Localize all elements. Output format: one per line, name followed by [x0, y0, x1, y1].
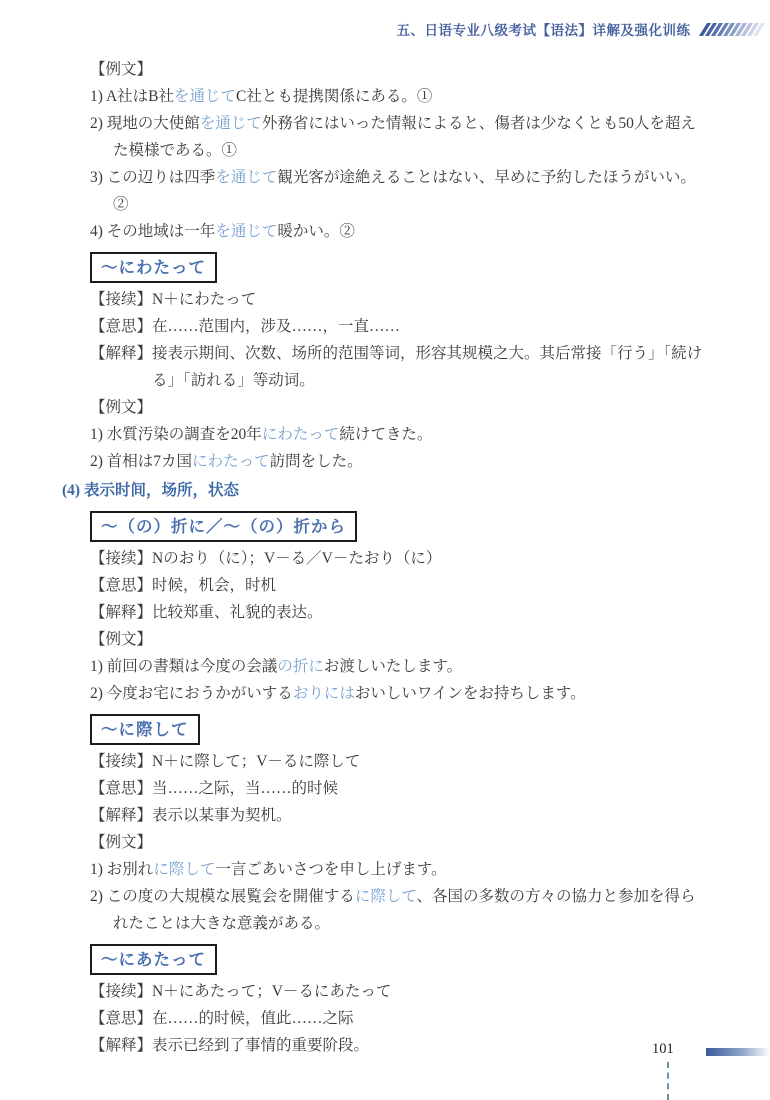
example-sentence: 1) A社はB社を通じてC社とも提携関係にある。①: [90, 83, 706, 110]
text-segment: 現地の大使館: [107, 115, 200, 132]
text-segment: おいしいワインをお持ちします。: [355, 685, 586, 702]
block-label: 【例文】: [90, 626, 706, 653]
grammar-entry: 【接续】Nのおり（に）；V－る／V－たおり（に）: [90, 545, 706, 572]
example-sentence: 4) その地域は一年を通じて暖かい。②: [90, 218, 706, 245]
grammar-highlight: を通じて: [215, 223, 277, 240]
header-stripes-decoration: [698, 23, 764, 36]
text-segment: 暖かい。②: [277, 223, 355, 240]
example-sentence: 2) 現地の大使館を通じて外務省にはいった情報によると、傷者は少なくとも50人を…: [90, 110, 706, 164]
entry-tag: 【意思】: [90, 1010, 152, 1027]
text-segment: 时候，机会，时机: [152, 577, 276, 594]
example-sentence: 2) この度の大規模な展覧会を開催するに際して、各国の多数の方々の協力と参加を得…: [90, 883, 706, 937]
text-segment: 表示以某事为契机。: [152, 807, 292, 824]
grammar-highlight: の折に: [277, 658, 324, 675]
text-segment: お渡しいたします。: [324, 658, 462, 675]
grammar-entry: 【意思】在……的时候，值此……之际: [90, 1005, 706, 1032]
page-number: 101: [652, 1041, 674, 1058]
block-label: 【例文】: [90, 829, 706, 856]
text-segment: 比较郑重、礼貌的表达。: [152, 604, 323, 621]
text-segment: Nのおり（に）；V－る／V－たおり（に）: [152, 550, 441, 567]
example-marker: 1): [90, 88, 106, 105]
text-segment: N＋にあたって；V－るにあたって: [152, 983, 391, 1000]
entry-tag: 【接续】: [90, 291, 152, 308]
text-segment: 首相は7カ国: [107, 453, 192, 470]
example-marker: 2): [90, 115, 107, 132]
entry-tag: 【意思】: [90, 780, 152, 797]
text-segment: 在……范围内，涉及……，一直……: [152, 318, 400, 335]
text-segment: 在……的时候，值此……之际: [152, 1010, 354, 1027]
grammar-entry: 【意思】当……之际，当……的时候: [90, 775, 706, 802]
page-header: 五、日语专业八级考试【语法】详解及强化训练: [397, 19, 769, 39]
text-segment: 表示已经到了事情的重要阶段。: [152, 1037, 369, 1054]
example-sentence: 1) お別れに際して一言ごあいさつを申し上げます。: [90, 856, 706, 883]
entry-tag: 【接续】: [90, 753, 152, 770]
grammar-highlight: にわたって: [192, 453, 270, 470]
entry-tag: 【意思】: [90, 318, 152, 335]
grammar-entry: 【解释】接表示期间、次数、场所的范围等词，形容其规模之大。其后常接「行う」「続け…: [90, 340, 706, 394]
entry-tag: 【意思】: [90, 577, 152, 594]
block-label: 【例文】: [90, 394, 706, 421]
text-segment: 前回の書類は今度の会議: [107, 658, 278, 675]
grammar-pattern-box: ～にわたって: [90, 252, 217, 283]
text-segment: 接表示期间、次数、场所的范围等词，形容其规模之大。其后常接「行う」「続ける」「訪…: [152, 345, 702, 389]
text-segment: 水質汚染の調査を20年: [107, 426, 262, 443]
example-marker: 2): [90, 888, 107, 905]
text-segment: 当……之际，当……的时候: [152, 780, 338, 797]
text-segment: 続けてきた。: [339, 426, 432, 443]
entry-tag: 【接续】: [90, 983, 152, 1000]
example-marker: 3): [90, 169, 107, 186]
grammar-pattern-box: ～にあたって: [90, 944, 217, 975]
example-marker: 1): [90, 658, 107, 675]
text-segment: C社とも提携関係にある。①: [236, 88, 432, 105]
entry-tag: 【解释】: [90, 1037, 152, 1054]
example-sentence: 1) 前回の書類は今度の会議の折にお渡しいたします。: [90, 653, 706, 680]
example-sentence: 2) 今度お宅におうかがいするおりにはおいしいワインをお持ちします。: [90, 680, 706, 707]
example-sentence: 2) 首相は7カ国にわたって訪問をした。: [90, 448, 706, 475]
example-marker: 1): [90, 861, 107, 878]
footer-gradient-bar: [706, 1048, 770, 1056]
grammar-entry: 【意思】在……范围内，涉及……，一直……: [90, 313, 706, 340]
grammar-entry: 【接续】N＋にあたって；V－るにあたって: [90, 978, 706, 1005]
grammar-entry: 【接续】N＋にわたって: [90, 286, 706, 313]
entry-tag: 【接续】: [90, 550, 152, 567]
example-sentence: 1) 水質汚染の調査を20年にわたって続けてきた。: [90, 421, 706, 448]
entry-tag: 【解释】: [90, 604, 152, 621]
grammar-highlight: に際して: [153, 861, 215, 878]
text-segment: 今度お宅におうかがいする: [107, 685, 293, 702]
grammar-highlight: を通じて: [215, 169, 277, 186]
grammar-pattern-box: ～（の）折に／～（の）折から: [90, 511, 357, 542]
example-marker: 1): [90, 426, 107, 443]
grammar-pattern-box: ～に際して: [90, 714, 200, 745]
text-segment: A社はB社: [106, 88, 174, 105]
text-segment: N＋にわたって: [152, 291, 256, 308]
text-segment: その地域は一年: [107, 223, 216, 240]
grammar-highlight: にわたって: [262, 426, 340, 443]
chapter-title: 五、日语专业八级考试【语法】详解及强化训练: [397, 19, 691, 39]
grammar-pattern-row: ～に際して: [90, 714, 706, 745]
grammar-pattern-row: ～にわたって: [90, 252, 706, 283]
example-marker: 2): [90, 685, 107, 702]
grammar-pattern-row: ～にあたって: [90, 944, 706, 975]
text-segment: この度の大規模な展覧会を開催する: [107, 888, 355, 905]
text-segment: 訪問をした。: [270, 453, 363, 470]
content: 【例文】1) A社はB社を通じてC社とも提携関係にある。①2) 現地の大使館を通…: [90, 56, 706, 1059]
grammar-entry: 【接续】N＋に際して；V－るに際して: [90, 748, 706, 775]
grammar-entry: 【意思】时候，机会，时机: [90, 572, 706, 599]
entry-tag: 【解释】: [90, 345, 152, 362]
section-heading: (4) 表示时间，场所，状态: [62, 477, 706, 504]
text-segment: この辺りは四季: [107, 169, 216, 186]
example-sentence: 3) この辺りは四季を通じて観光客が途絶えることはない、早めに予約したほうがいい…: [90, 164, 706, 218]
grammar-highlight: を通じて: [174, 88, 236, 105]
block-label: 【例文】: [90, 56, 706, 83]
text-segment: 一言ごあいさつを申し上げます。: [215, 861, 446, 878]
grammar-highlight: おりには: [293, 685, 355, 702]
grammar-highlight: を通じて: [200, 115, 262, 132]
text-segment: お別れ: [107, 861, 154, 878]
book-page: 五、日语专业八级考试【语法】详解及强化训练 【例文】1) A社はB社を通じてC社…: [0, 0, 770, 1100]
grammar-highlight: に際して: [355, 888, 417, 905]
grammar-entry: 【解释】比较郑重、礼貌的表达。: [90, 599, 706, 626]
grammar-entry: 【解释】表示以某事为契机。: [90, 802, 706, 829]
footer-dashed-line: [667, 1062, 669, 1100]
example-marker: 2): [90, 453, 107, 470]
entry-tag: 【解释】: [90, 807, 152, 824]
example-marker: 4): [90, 223, 107, 240]
grammar-entry: 【解释】表示已经到了事情的重要阶段。: [90, 1032, 706, 1059]
text-segment: N＋に際して；V－るに際して: [152, 753, 360, 770]
grammar-pattern-row: ～（の）折に／～（の）折から: [90, 511, 706, 542]
